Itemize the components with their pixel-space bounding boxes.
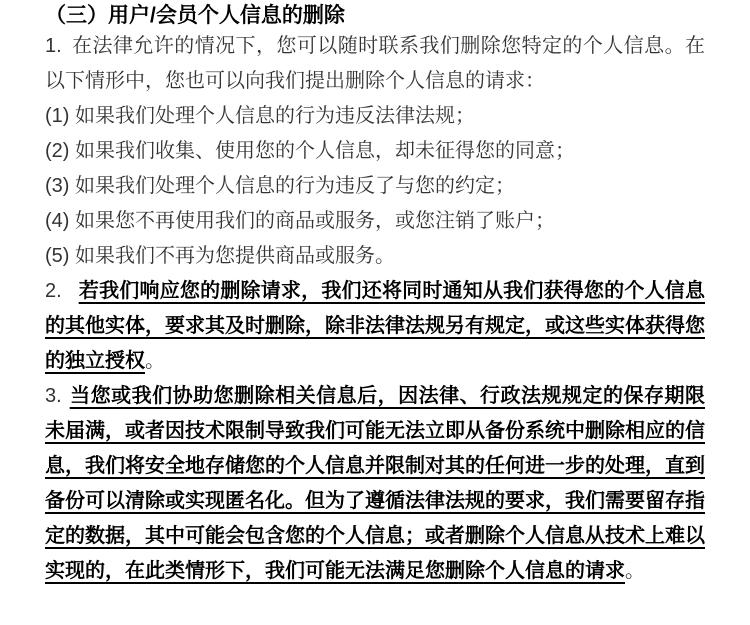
list-item-3: (3) 如果我们处理个人信息的行为违反了与您的约定； <box>45 169 705 204</box>
section-heading: （三）用户/会员个人信息的删除 <box>45 2 705 29</box>
paragraph-intro: 1.在法律允许的情况下，您可以随时联系我们删除您特定的个人信息。在以下情形中，您… <box>45 29 705 99</box>
paragraph-intro-number: 1. <box>45 35 62 57</box>
list-item-4: (4) 如果您不再使用我们的商品或服务，或您注销了账户； <box>45 204 705 239</box>
clause-3-number: 3. <box>45 385 62 407</box>
list-item-1: (1) 如果我们处理个人信息的行为违反法律法规； <box>45 99 705 134</box>
clause-2-trailing-punctuation: 。 <box>145 350 165 372</box>
list-item-4-text: (4) 如果您不再使用我们的商品或服务，或您注销了账户； <box>45 210 555 232</box>
privacy-policy-document: （三）用户/会员个人信息的删除 1.在法律允许的情况下，您可以随时联系我们删除您… <box>0 0 750 625</box>
clause-3-emphasized-text: 当您或我们协助您删除相关信息后，因法律、行政法规规定的保存期限未届满，或者因技术… <box>45 385 705 582</box>
paragraph-intro-text: 在法律允许的情况下，您可以随时联系我们删除您特定的个人信息。在以下情形中，您也可… <box>45 35 705 92</box>
clause-2-number: 2. <box>45 280 62 302</box>
list-item-2: (2) 如果我们收集、使用您的个人信息，却未征得您的同意； <box>45 134 705 169</box>
clause-3-trailing-punctuation: 。 <box>625 560 645 582</box>
clause-3: 3.当您或我们协助您删除相关信息后，因法律、行政法规规定的保存期限未届满，或者因… <box>45 379 705 589</box>
list-item-5-text: (5) 如果我们不再为您提供商品或服务。 <box>45 245 395 267</box>
clause-2-emphasized-text: 若我们响应您的删除请求，我们还将同时通知从我们获得您的个人信息的其他实体，要求其… <box>45 280 705 372</box>
list-item-3-text: (3) 如果我们处理个人信息的行为违反了与您的约定； <box>45 175 515 197</box>
list-item-5: (5) 如果我们不再为您提供商品或服务。 <box>45 239 705 274</box>
list-item-1-text: (1) 如果我们处理个人信息的行为违反法律法规； <box>45 105 475 127</box>
clause-2: 2.若我们响应您的删除请求，我们还将同时通知从我们获得您的个人信息的其他实体，要… <box>45 274 705 379</box>
list-item-2-text: (2) 如果我们收集、使用您的个人信息，却未征得您的同意； <box>45 140 575 162</box>
